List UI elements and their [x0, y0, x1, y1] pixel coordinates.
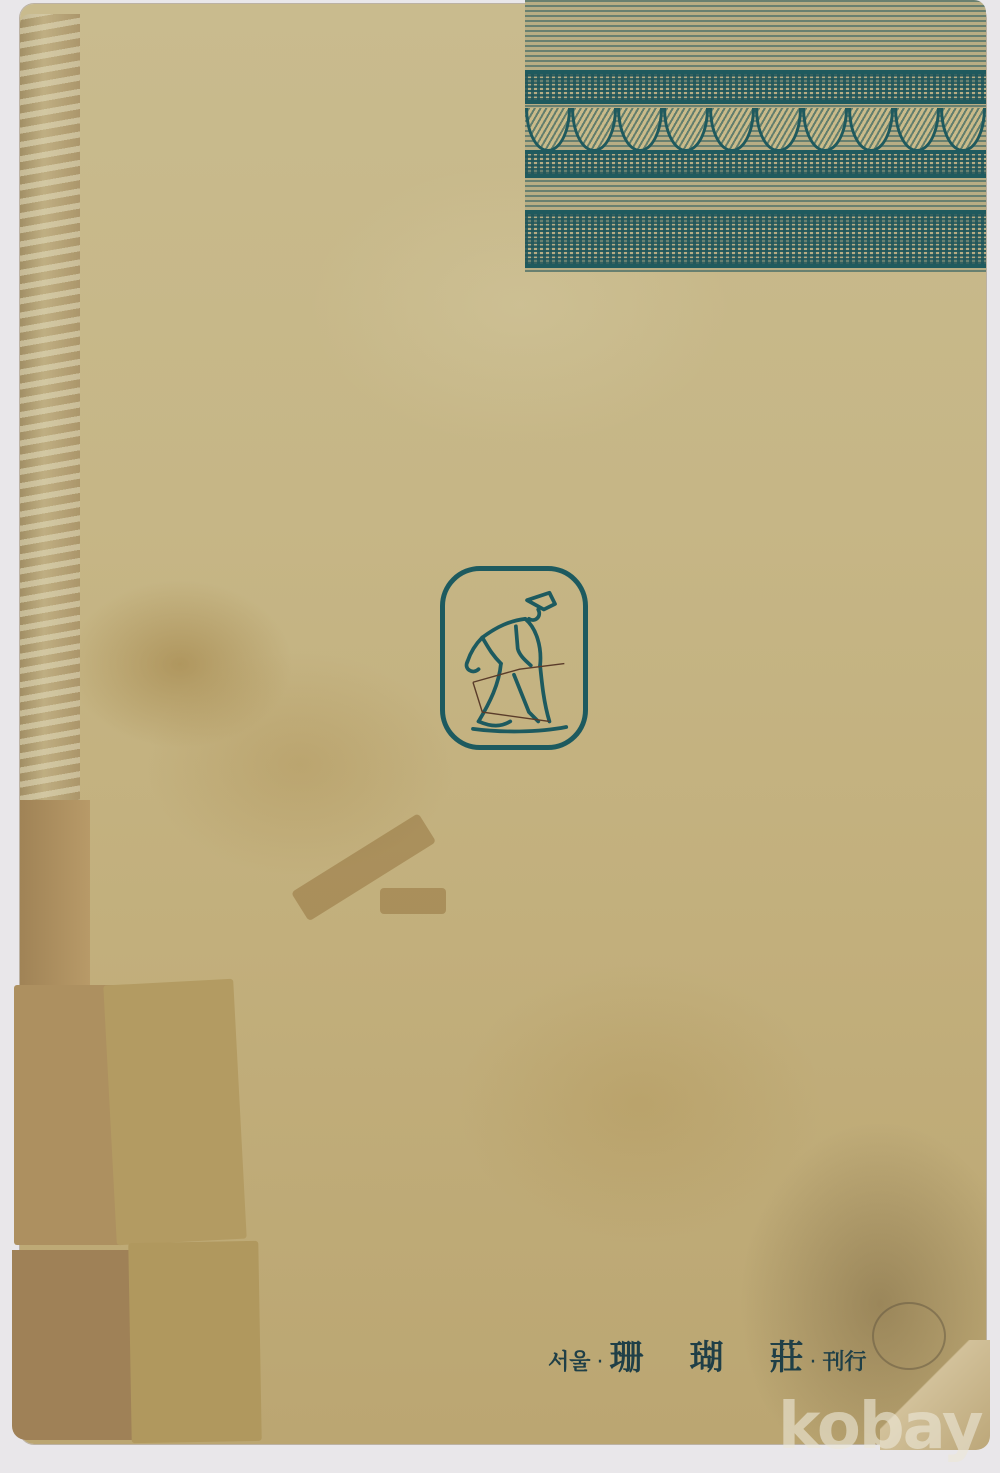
- egg-motif: [755, 108, 801, 152]
- publisher-imprint: 서울 · 珊瑚莊 · 刊行: [548, 1330, 867, 1379]
- imprint-separator: ·: [597, 1350, 604, 1375]
- egg-motif: [709, 108, 755, 152]
- ornament-band-bottom: [525, 210, 986, 268]
- worn-spine: [20, 14, 80, 804]
- egg-motif: [617, 108, 663, 152]
- publisher-char: 瑚: [690, 1338, 770, 1378]
- repair-tape: [128, 1241, 261, 1443]
- egg-motif: [802, 108, 848, 152]
- egg-motif: [848, 108, 894, 152]
- publisher-emblem: [440, 566, 588, 750]
- spine-lower-edge: [20, 800, 90, 990]
- publisher-char: 珊: [610, 1338, 690, 1378]
- repair-tape: [103, 979, 246, 1245]
- ornament-band-top: [525, 70, 986, 104]
- egg-motif: [571, 108, 617, 152]
- egg-and-dart-row: [525, 108, 986, 152]
- publisher-char: 莊: [770, 1338, 804, 1378]
- egg-motif: [525, 108, 571, 152]
- egg-motif: [894, 108, 940, 152]
- water-stain: [380, 888, 446, 914]
- imprint-issued: 刊行: [823, 1345, 867, 1376]
- egg-motif: [940, 108, 986, 152]
- imprint-publisher: 珊瑚莊: [610, 1330, 804, 1379]
- ornament-band-middle: [525, 150, 986, 178]
- decorative-engraved-border: [525, 0, 986, 272]
- watermark: kobay: [778, 1390, 982, 1464]
- repair-tape: [12, 1250, 137, 1440]
- walking-man-icon: [445, 571, 583, 745]
- imprint-city: 서울: [548, 1345, 591, 1376]
- imprint-separator: ·: [810, 1350, 817, 1375]
- egg-motif: [663, 108, 709, 152]
